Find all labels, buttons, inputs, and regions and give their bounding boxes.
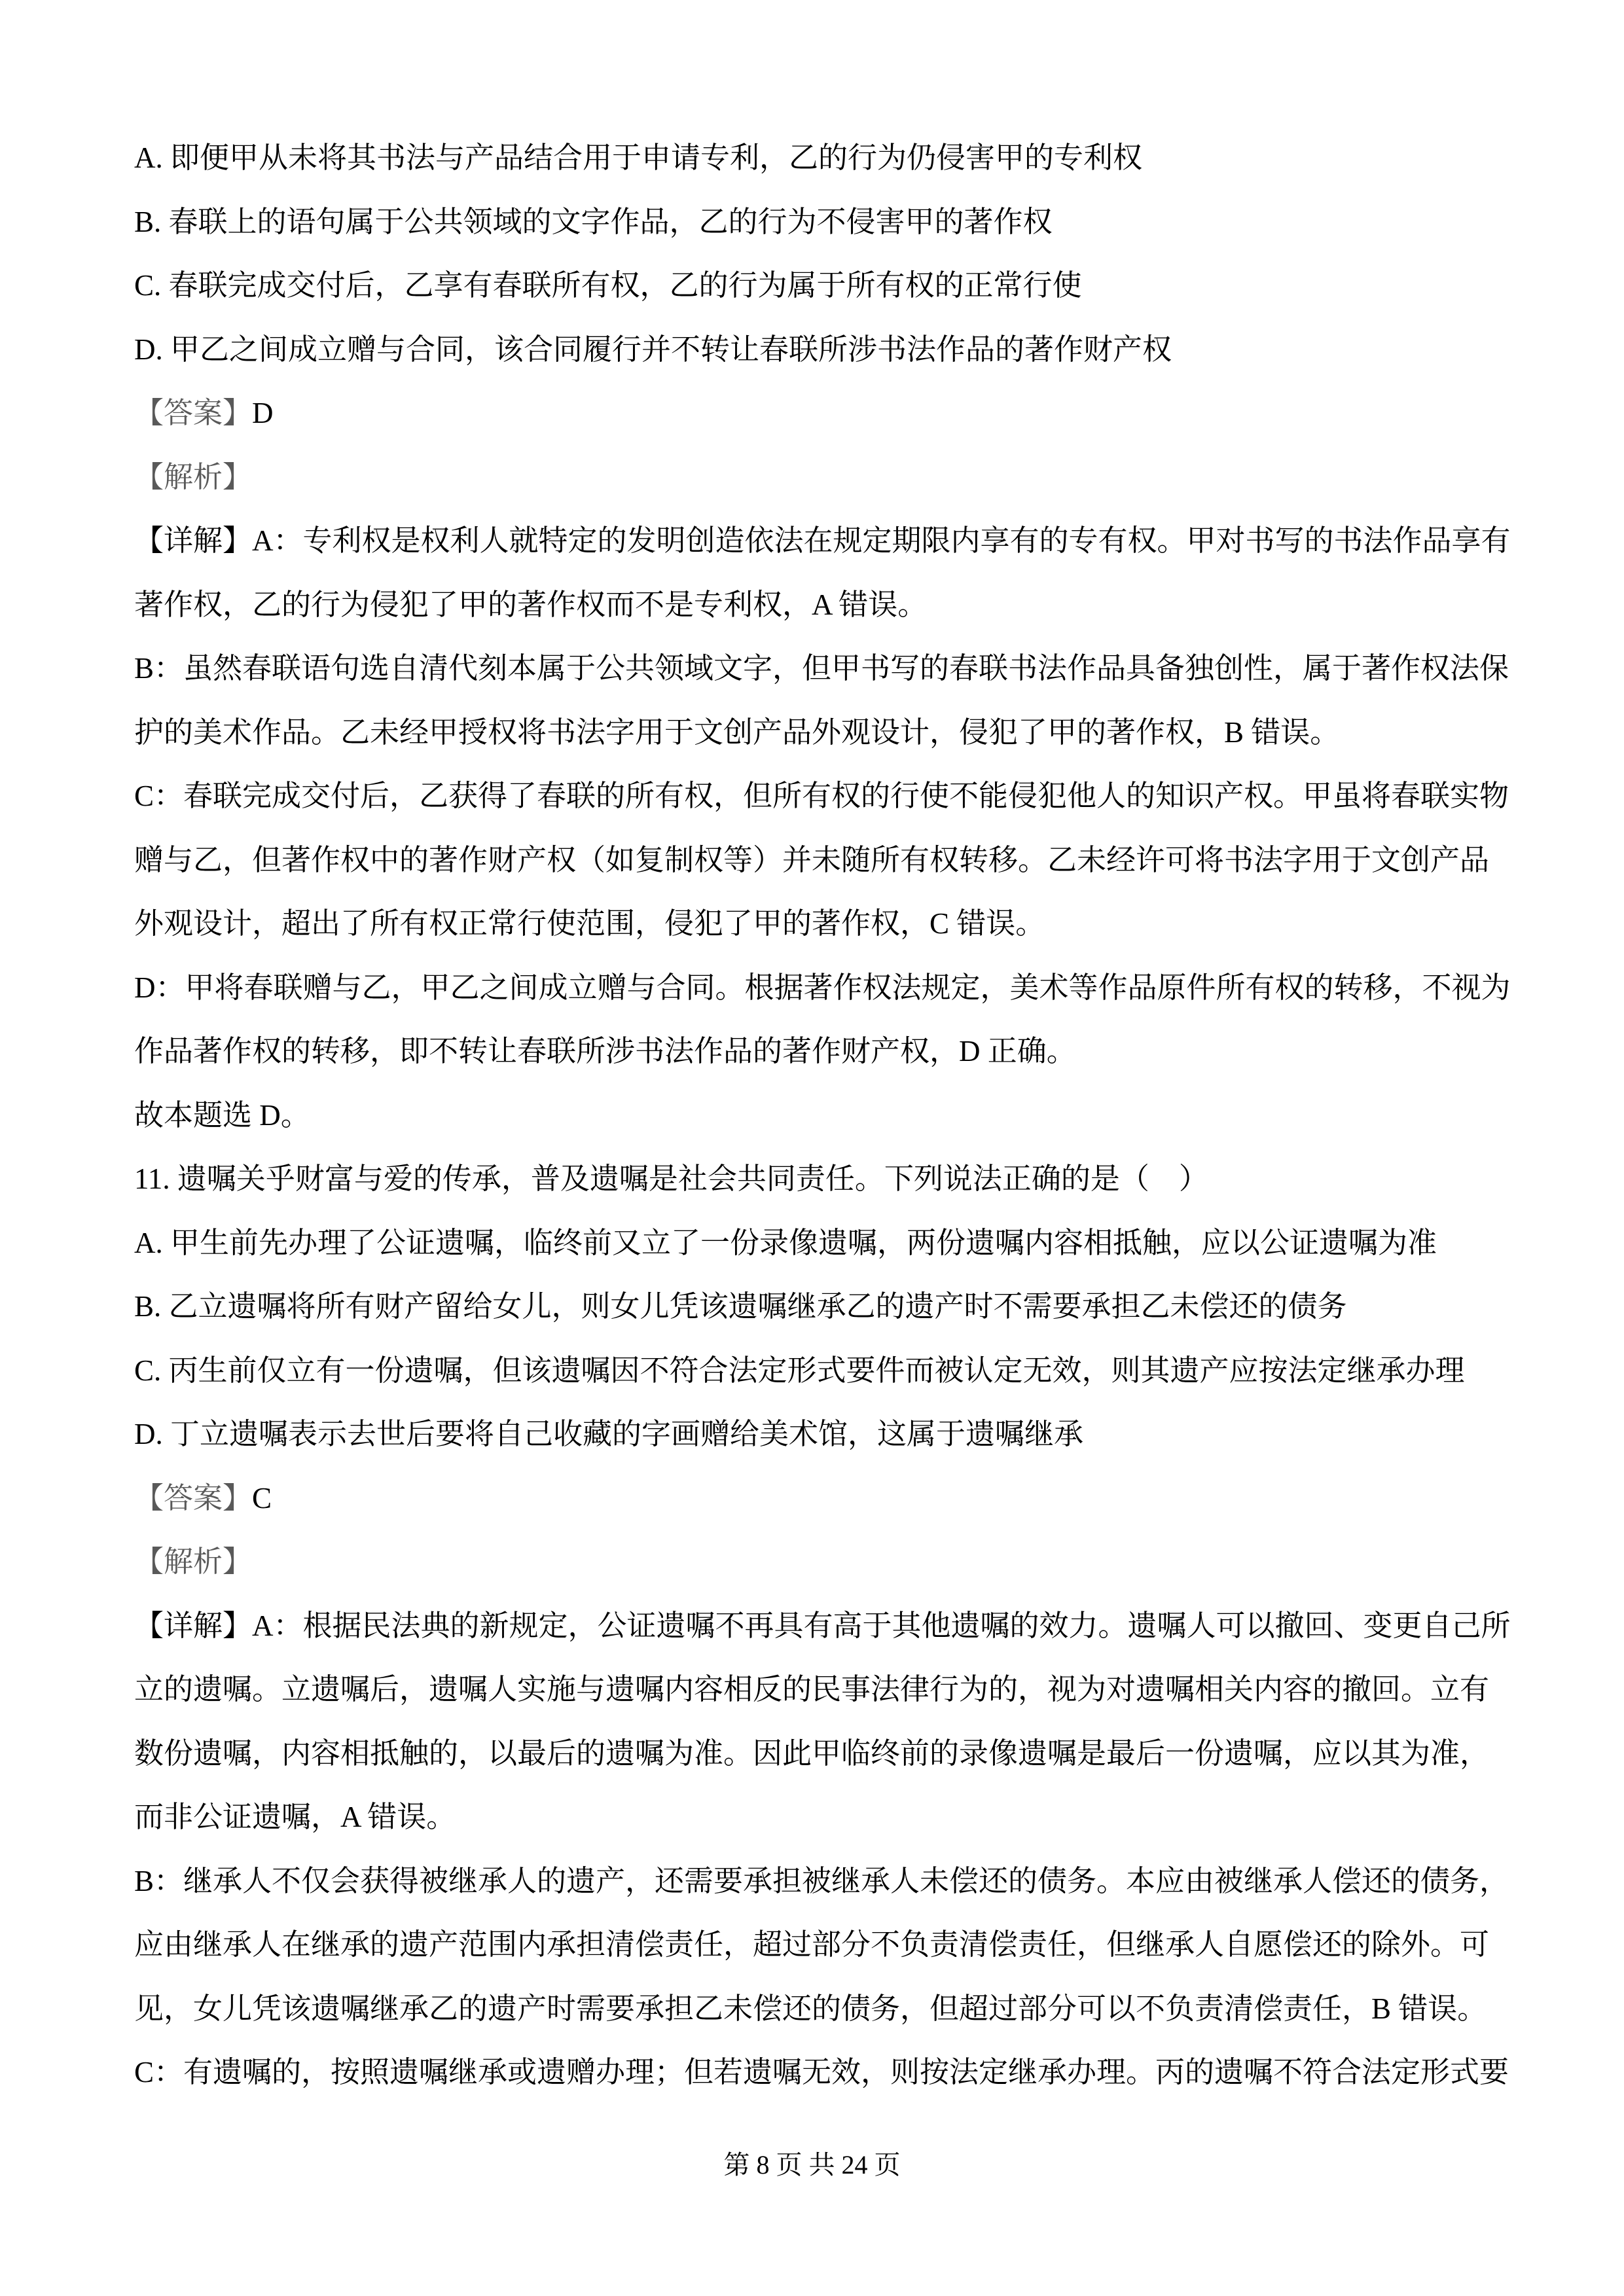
text-line: 著作权，乙的行为侵犯了甲的著作权而不是专利权，A 错误。 (134, 573, 1496, 637)
bracket-label: 【解析】 (134, 1545, 252, 1578)
text-line: A. 甲生前先办理了公证遗嘱，临终前又立了一份录像遗嘱，两份遗嘱内容相抵触，应以… (134, 1211, 1496, 1276)
text-line: 【答案】C (134, 1467, 1496, 1531)
text-line: 见，女儿凭该遗嘱继承乙的遗产时需要承担乙未偿还的债务，但超过部分可以不负责清偿责… (134, 1977, 1496, 2041)
text-segment: 立的遗嘱。立遗嘱后，遗嘱人实施与遗嘱内容相反的民事法律行为的，视为对遗嘱相关内容… (134, 1673, 1489, 1706)
text-line: 护的美术作品。乙未经甲授权将书法字用于文创产品外观设计，侵犯了甲的著作权，B 错… (134, 701, 1496, 765)
text-segment: 护的美术作品。乙未经甲授权将书法字用于文创产品外观设计，侵犯了甲的著作权，B 错… (134, 716, 1339, 749)
text-line: 【详解】A：专利权是权利人就特定的发明创造依法在规定期限内享有的专有权。甲对书写… (134, 509, 1496, 573)
text-line: D. 甲乙之间成立赠与合同，该合同履行并不转让春联所涉书法作品的著作财产权 (134, 318, 1496, 382)
bracket-label: 【解析】 (134, 461, 252, 493)
text-segment: C. 春联完成交付后，乙享有春联所有权，乙的行为属于所有权的正常行使 (134, 269, 1082, 302)
text-line: 立的遗嘱。立遗嘱后，遗嘱人实施与遗嘱内容相反的民事法律行为的，视为对遗嘱相关内容… (134, 1658, 1496, 1722)
text-segment: A. 即便甲从未将其书法与产品结合用于申请专利，乙的行为仍侵害甲的专利权 (134, 141, 1142, 174)
text-segment: B. 乙立遗嘱将所有财产留给女儿，则女儿凭该遗嘱继承乙的遗产时不需要承担乙未偿还… (134, 1290, 1347, 1323)
text-line: D：甲将春联赠与乙，甲乙之间成立赠与合同。根据著作权法规定，美术等作品原件所有权… (134, 956, 1496, 1020)
text-segment: 【详解】A：根据民法典的新规定，公证遗嘱不再具有高于其他遗嘱的效力。遗嘱人可以撤… (134, 1609, 1511, 1642)
text-segment: 著作权，乙的行为侵犯了甲的著作权而不是专利权，A 错误。 (134, 588, 927, 621)
text-line: 【答案】D (134, 382, 1496, 446)
text-line: B：继承人不仅会获得被继承人的遗产，还需要承担被继承人未偿还的债务。本应由被继承… (134, 1850, 1496, 1914)
text-segment: C (252, 1482, 272, 1515)
text-segment: 外观设计，超出了所有权正常行使范围，侵犯了甲的著作权，C 错误。 (134, 907, 1045, 940)
text-line: 外观设计，超出了所有权正常行使范围，侵犯了甲的著作权，C 错误。 (134, 892, 1496, 956)
text-segment: 赠与乙，但著作权中的著作财产权（如复制权等）并未随所有权转移。乙未经许可将书法字… (134, 844, 1489, 876)
text-line: C. 春联完成交付后，乙享有春联所有权，乙的行为属于所有权的正常行使 (134, 254, 1496, 318)
document-page: A. 即便甲从未将其书法与产品结合用于申请专利，乙的行为仍侵害甲的专利权B. 春… (0, 0, 1624, 2296)
text-segment: D. 甲乙之间成立赠与合同，该合同履行并不转让春联所涉书法作品的著作财产权 (134, 333, 1172, 366)
text-line: C：春联完成交付后，乙获得了春联的所有权，但所有权的行使不能侵犯他人的知识产权。… (134, 764, 1496, 829)
text-segment: 见，女儿凭该遗嘱继承乙的遗产时需要承担乙未偿还的债务，但超过部分可以不负责清偿责… (134, 1992, 1487, 2025)
text-segment: B：虽然春联语句选自清代刻本属于公共领域文字，但甲书写的春联书法作品具备独创性，… (134, 652, 1509, 685)
text-segment: 故本题选 D。 (134, 1099, 310, 1132)
bracket-label: 【答案】 (134, 397, 252, 429)
bracket-label: 【答案】 (134, 1482, 252, 1515)
text-segment: 而非公证遗嘱，A 错误。 (134, 1801, 456, 1833)
text-content: A. 即便甲从未将其书法与产品结合用于申请专利，乙的行为仍侵害甲的专利权B. 春… (134, 126, 1496, 2105)
text-line: B：虽然春联语句选自清代刻本属于公共领域文字，但甲书写的春联书法作品具备独创性，… (134, 637, 1496, 701)
text-segment: A. 甲生前先办理了公证遗嘱，临终前又立了一份录像遗嘱，两份遗嘱内容相抵触，应以… (134, 1227, 1437, 1259)
text-segment: 11. 遗嘱关乎财富与爱的传承，普及遗嘱是社会共同责任。下列说法正确的是（ ） (134, 1162, 1208, 1195)
text-line: 而非公证遗嘱，A 错误。 (134, 1785, 1496, 1850)
text-line: D. 丁立遗嘱表示去世后要将自己收藏的字画赠给美术馆，这属于遗嘱继承 (134, 1403, 1496, 1467)
text-segment: 应由继承人在继承的遗产范围内承担清偿责任，超过部分不负责清偿责任，但继承人自愿偿… (134, 1928, 1489, 1961)
text-segment: D (252, 397, 274, 429)
text-segment: C. 丙生前仅立有一份遗嘱，但该遗嘱因不符合法定形式要件而被认定无效，则其遗产应… (134, 1354, 1465, 1387)
text-segment: 作品著作权的转移，即不转让春联所涉书法作品的著作财产权，D 正确。 (134, 1035, 1076, 1067)
text-line: 数份遗嘱，内容相抵触的，以最后的遗嘱为准。因此甲临终前的录像遗嘱是最后一份遗嘱，… (134, 1722, 1496, 1786)
text-line: C：有遗嘱的，按照遗嘱继承或遗赠办理；但若遗嘱无效，则按法定继承办理。丙的遗嘱不… (134, 2041, 1496, 2105)
text-segment: D：甲将春联赠与乙，甲乙之间成立赠与合同。根据著作权法规定，美术等作品原件所有权… (134, 971, 1511, 1004)
text-segment: 【详解】A：专利权是权利人就特定的发明创造依法在规定期限内享有的专有权。甲对书写… (134, 524, 1511, 557)
text-line: 【解析】 (134, 1530, 1496, 1594)
text-line: 11. 遗嘱关乎财富与爱的传承，普及遗嘱是社会共同责任。下列说法正确的是（ ） (134, 1147, 1496, 1211)
text-line: 赠与乙，但著作权中的著作财产权（如复制权等）并未随所有权转移。乙未经许可将书法字… (134, 829, 1496, 893)
text-segment: D. 丁立遗嘱表示去世后要将自己收藏的字画赠给美术馆，这属于遗嘱继承 (134, 1418, 1083, 1450)
text-segment: B. 春联上的语句属于公共领域的文字作品，乙的行为不侵害甲的著作权 (134, 206, 1053, 238)
text-segment: 数份遗嘱，内容相抵触的，以最后的遗嘱为准。因此甲临终前的录像遗嘱是最后一份遗嘱，… (134, 1737, 1489, 1770)
text-line: C. 丙生前仅立有一份遗嘱，但该遗嘱因不符合法定形式要件而被认定无效，则其遗产应… (134, 1339, 1496, 1403)
text-line: 【解析】 (134, 446, 1496, 510)
page-footer: 第 8 页 共 24 页 (0, 2142, 1624, 2189)
text-line: 【详解】A：根据民法典的新规定，公证遗嘱不再具有高于其他遗嘱的效力。遗嘱人可以撤… (134, 1594, 1496, 1659)
text-segment: C：有遗嘱的，按照遗嘱继承或遗赠办理；但若遗嘱无效，则按法定继承办理。丙的遗嘱不… (134, 2056, 1509, 2089)
page-number-text: 第 8 页 共 24 页 (724, 2150, 901, 2179)
text-line: A. 即便甲从未将其书法与产品结合用于申请专利，乙的行为仍侵害甲的专利权 (134, 126, 1496, 190)
text-line: 故本题选 D。 (134, 1084, 1496, 1148)
text-line: B. 春联上的语句属于公共领域的文字作品，乙的行为不侵害甲的著作权 (134, 190, 1496, 255)
text-line: B. 乙立遗嘱将所有财产留给女儿，则女儿凭该遗嘱继承乙的遗产时不需要承担乙未偿还… (134, 1275, 1496, 1339)
text-segment: C：春联完成交付后，乙获得了春联的所有权，但所有权的行使不能侵犯他人的知识产权。… (134, 780, 1509, 812)
text-line: 作品著作权的转移，即不转让春联所涉书法作品的著作财产权，D 正确。 (134, 1020, 1496, 1084)
text-segment: B：继承人不仅会获得被继承人的遗产，还需要承担被继承人未偿还的债务。本应由被继承… (134, 1865, 1509, 1897)
text-line: 应由继承人在继承的遗产范围内承担清偿责任，超过部分不负责清偿责任，但继承人自愿偿… (134, 1913, 1496, 1977)
